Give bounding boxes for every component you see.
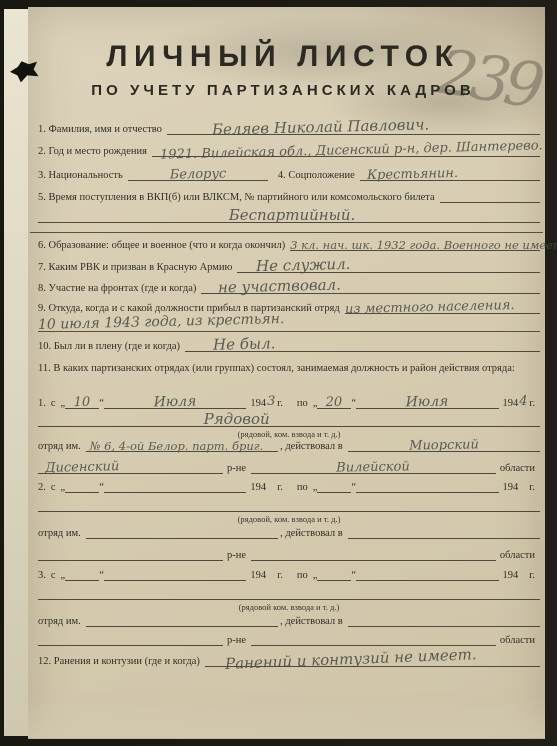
field-row-education: 6. Образование: общее и военное (что и к… [38,236,540,251]
entry-1-month-to: Июля [406,394,449,411]
handwritten-rvk: Не служил. [255,255,350,275]
entry-1-year-to: 4 [519,394,529,409]
field-label-social: 4. Соцположение [268,170,360,181]
field-label-captivity: 10. Был ли в плену (где и когда) [38,341,185,352]
entry-3-position-caption: (рядовой ком. взвода и т. д.) [38,602,540,612]
entry-2-position-caption: (рядовой, ком. взвода и т. д.) [38,514,540,524]
label-otryad: отряд им. [38,528,86,539]
entry-1-month-from: Июля [154,394,197,411]
entry-1-day-from: 10 [74,395,91,410]
entry-2-dates-row: 2. с „ “ 194 г. по „ “ 194 г. [38,478,540,493]
label-194: 194 [246,570,267,581]
entry-1-num: 1. [38,398,51,409]
label-194: 194 [246,482,267,493]
entry-2-num: 2. [38,482,51,493]
field-label-fronts: 8. Участие на фронтах (где и когда) [38,283,201,294]
entry-1-position: Рядовой [204,410,270,428]
field-row-birth: 2. Год и место рождения 1921. Вилейская … [38,142,540,157]
label-g: г. [277,482,288,493]
entry-2-unit-row: отряд им. , действовал в [38,524,540,539]
entry-3-position-row [38,585,540,600]
handwritten-captivity: Не был. [213,334,276,354]
entry-1-district-row: Дисенский р-не Вилейской области [38,459,540,474]
label-acted: , действовал в [278,616,348,627]
entry-1-oblast: Вилейской [337,459,411,475]
label-po: по [297,482,313,493]
field-label-wounds: 12. Ранения и контузии (где и когда) [38,656,205,667]
field-row-name: 1. Фамилия, имя и отчество Беляев Никола… [38,120,540,135]
label-g: г. [277,570,288,581]
label-g: г. [529,398,540,409]
label-g: г. [277,398,288,409]
field-label-nationality: 3. Национальность [38,170,128,181]
entry-2-position-row [38,497,540,512]
form-title-line1: ЛИЧНЫЙ ЛИСТОК [38,40,528,74]
entry-3-dates-row: 3. с „ “ 194 г. по „ “ 194 г. [38,566,540,581]
label-g: г. [529,570,540,581]
label-po: по [297,570,313,581]
entry-3-num: 3. [38,570,51,581]
origin-underline [38,331,540,332]
label-po: по [297,398,313,409]
form-title: ЛИЧНЫЙ ЛИСТОК ПО УЧЕТУ ПАРТИЗАНСКИХ КАДР… [38,40,528,99]
handwritten-party: Беспартийный. [229,206,356,224]
label-194: 194 [246,398,267,409]
field-label-education: 6. Образование: общее и военное (что и к… [38,240,290,251]
label-194: 194 [499,570,520,581]
label-rne: р-не [223,635,251,646]
field-label-birth: 2. Год и место рождения [38,146,152,157]
handwritten-nationality: Белорус [169,167,226,183]
entry-1-unit-row: отряд им. № 6, 4-ой Белор. парт. бриг. ,… [38,437,540,452]
paper-bottom-shading [28,698,545,738]
entry-1-district: Дисенский [45,459,120,476]
field-row-nationality-social: 3. Национальность Белорус 4. Соцположени… [38,166,540,181]
label-oblast: области [496,550,540,561]
entry-1-unit: № 6, 4-ой Белор. парт. бриг. [90,439,264,453]
label-oblast: области [496,463,540,474]
field-row-fronts: 8. Участие на фронтах (где и когда) не у… [38,279,540,294]
handwritten-social: Крестьянин. [367,166,458,183]
field-row-party: 5. Время поступления в ВКП(б) или ВЛКСМ,… [38,188,540,203]
label-acted: , действовал в [278,441,348,452]
field-row-rvk: 7. Каким РВК и призван в Красную Армию Н… [38,258,540,273]
handwritten-education: 3 кл. нач. шк. 1932 года. Военного не им… [290,238,557,252]
field-row-origin: 9. Откуда, когда и с какой должности при… [38,299,540,314]
label-rne: р-не [223,550,251,561]
entry-1-dates-row: 1. с „ 10 “ Июля 194 3 г. по „ 20 “ Июля… [38,394,540,409]
field-row-wounds: 12. Ранения и контузии (где и когда) Ран… [38,652,540,667]
label-194: 194 [499,398,520,409]
label-otryad: отряд им. [38,441,86,452]
handwritten-fronts: не участвовал. [218,276,341,297]
label-otryad: отряд им. [38,616,86,627]
label-rne: р-не [223,463,251,474]
field-label-name: 1. Фамилия, имя и отчество [38,124,167,135]
entry-1-year-from: 3 [267,394,277,409]
label-g: г. [529,482,540,493]
field-label-units: 11. В каких партизанских отрядах (или гр… [38,361,540,376]
label-acted: , действовал в [278,528,348,539]
entry-3-district-row: р-не области [38,631,540,646]
entry-1-day-to: 20 [326,395,343,410]
form-title-line2: ПО УЧЕТУ ПАРТИЗАНСКИХ КАДРОВ [38,82,528,99]
field-row-captivity: 10. Был ли в плену (где и когда) Не был. [38,337,540,352]
entry-2-district-row: р-не области [38,546,540,561]
field-label-party: 5. Время поступления в ВКП(б) или ВЛКСМ,… [38,192,440,203]
field-label-rvk: 7. Каким РВК и призван в Красную Армию [38,262,237,273]
label-194: 194 [499,482,520,493]
section-divider [30,232,543,233]
entry-1-acted-in: Миорский [409,437,479,453]
label-s: с [51,482,61,493]
label-s: с [51,398,61,409]
label-oblast: области [496,635,540,646]
entry-3-unit-row: отряд им. , действовал в [38,612,540,627]
label-s: с [51,570,61,581]
entry-1-position-row: Рядовой [38,412,540,427]
underlying-page-edge [4,9,30,736]
field-row-party-line2: Беспартийный. [38,208,540,223]
field-row-origin-line2: 10 июля 1943 года, из крестьян. [38,314,540,328]
